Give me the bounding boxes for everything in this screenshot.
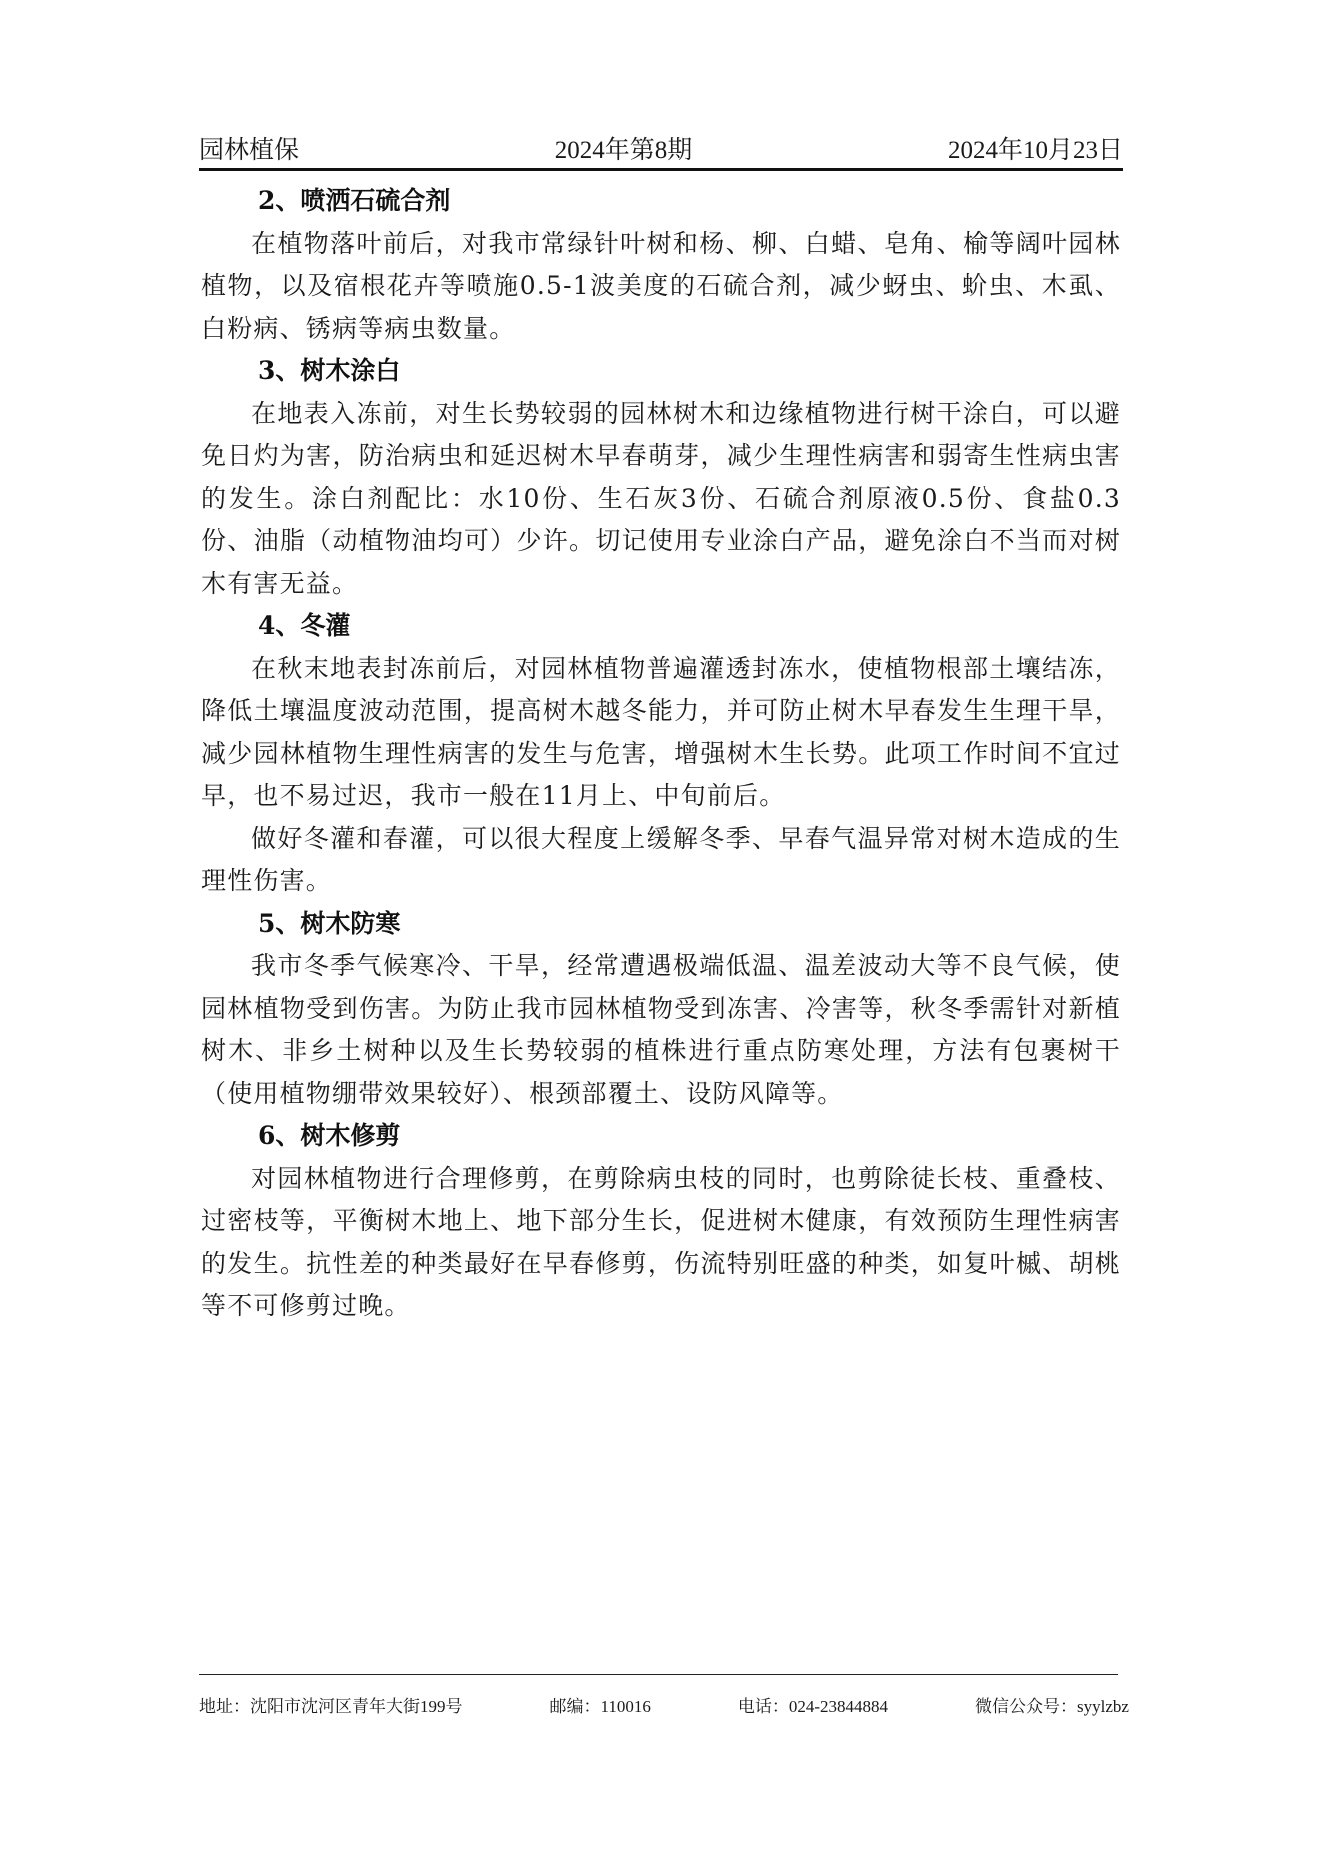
paragraph: 我市冬季气候寒冷、干旱，经常遭遇极端低温、温差波动大等不良气候，使园林植物受到伤… bbox=[201, 945, 1121, 1115]
footer-divider bbox=[199, 1674, 1118, 1675]
section-lime-sulfur: 2、喷洒石硫合剂 在植物落叶前后，对我市常绿针叶树和杨、柳、白蜡、皂角、榆等阔叶… bbox=[201, 180, 1121, 350]
publication-date: 2024年10月23日 bbox=[948, 130, 1123, 166]
header-divider bbox=[199, 168, 1123, 171]
article-body: 2、喷洒石硫合剂 在植物落叶前后，对我市常绿针叶树和杨、柳、白蜡、皂角、榆等阔叶… bbox=[201, 180, 1121, 1328]
section-heading: 4、冬灌 bbox=[201, 605, 1121, 648]
page-header: 园林植保 2024年第8期 2024年10月23日 bbox=[199, 134, 1123, 166]
section-heading: 6、树木修剪 bbox=[201, 1115, 1121, 1158]
paragraph: 做好冬灌和春灌，可以很大程度上缓解冬季、早春气温异常对树木造成的生理性伤害。 bbox=[201, 818, 1121, 903]
paragraph: 在秋末地表封冻前后，对园林植物普遍灌透封冻水，使植物根部土壤结冻，降低土壤温度波… bbox=[201, 648, 1121, 818]
section-heading: 5、树木防寒 bbox=[201, 903, 1121, 946]
footer-address: 地址：沈阳市沈河区青年大街199号 bbox=[199, 1692, 463, 1717]
paragraph: 在地表入冻前，对生长势较弱的园林树木和边缘植物进行树干涂白，可以避免日灼为害，防… bbox=[201, 393, 1121, 606]
footer-wechat: 微信公众号：syylzbz bbox=[975, 1692, 1129, 1717]
section-heading: 2、喷洒石硫合剂 bbox=[201, 180, 1121, 223]
section-winter-irrigation: 4、冬灌 在秋末地表封冻前后，对园林植物普遍灌透封冻水，使植物根部土壤结冻，降低… bbox=[201, 605, 1121, 903]
section-trunk-whitening: 3、树木涂白 在地表入冻前，对生长势较弱的园林树木和边缘植物进行树干涂白，可以避… bbox=[201, 350, 1121, 605]
paragraph: 在植物落叶前后，对我市常绿针叶树和杨、柳、白蜡、皂角、榆等阔叶园林植物，以及宿根… bbox=[201, 223, 1121, 351]
page-footer: 地址：沈阳市沈河区青年大街199号 邮编：110016 电话：024-23844… bbox=[199, 1690, 1129, 1718]
document-page: 园林植保 2024年第8期 2024年10月23日 2、喷洒石硫合剂 在植物落叶… bbox=[0, 0, 1323, 1871]
section-heading: 3、树木涂白 bbox=[201, 350, 1121, 393]
footer-postcode: 邮编：110016 bbox=[550, 1692, 651, 1717]
publication-name: 园林植保 bbox=[199, 130, 299, 166]
paragraph: 对园林植物进行合理修剪，在剪除病虫枝的同时，也剪除徒长枝、重叠枝、过密枝等，平衡… bbox=[201, 1158, 1121, 1328]
section-pruning: 6、树木修剪 对园林植物进行合理修剪，在剪除病虫枝的同时，也剪除徒长枝、重叠枝、… bbox=[201, 1115, 1121, 1328]
issue-number: 2024年第8期 bbox=[555, 130, 693, 166]
footer-phone: 电话：024-23844884 bbox=[738, 1692, 888, 1717]
section-cold-protection: 5、树木防寒 我市冬季气候寒冷、干旱，经常遭遇极端低温、温差波动大等不良气候，使… bbox=[201, 903, 1121, 1116]
